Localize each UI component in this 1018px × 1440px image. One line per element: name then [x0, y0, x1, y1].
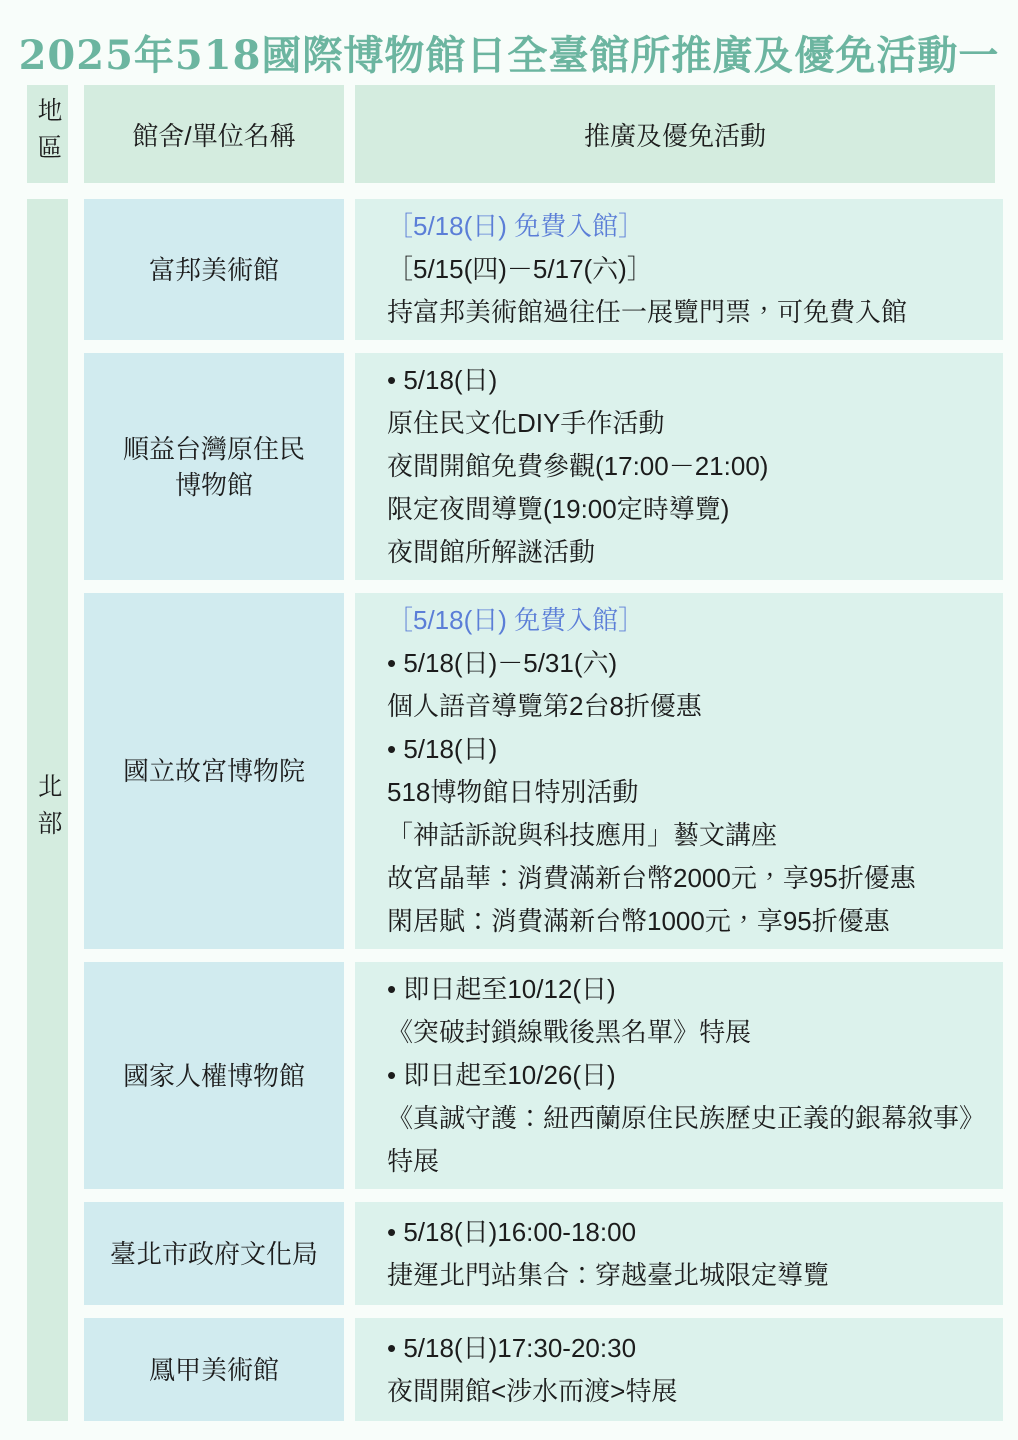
events-table: 地區 館舍/單位名稱 推廣及優免活動 北部 富邦美術館 ［5/18(日) 免費入…: [27, 85, 995, 1421]
header-activities: 推廣及優免活動: [355, 85, 995, 183]
table-row: 順益台灣原住民博物館 • 5/18(日)原住民文化DIY手作活動夜間開館免費參觀…: [84, 353, 1003, 580]
table-body: 北部 富邦美術館 ［5/18(日) 免費入館］［5/15(四)－5/17(六)］…: [27, 199, 995, 1421]
table-row: 國家人權博物館 • 即日起至10/12(日)《突破封鎖線戰後黑名單》特展• 即日…: [84, 962, 1003, 1189]
free-admission-highlight: ［5/18(日) 免費入館］: [387, 599, 644, 642]
activity-cell: • 5/18(日)17:30-20:30夜間開館<涉水而渡>特展: [355, 1318, 1003, 1421]
activity-line: • 5/18(日): [387, 728, 497, 771]
table-header-row: 地區 館舍/單位名稱 推廣及優免活動: [27, 85, 995, 183]
activity-cell: ［5/18(日) 免費入館］• 5/18(日)－5/31(六)個人語音導覽第2台…: [355, 593, 1003, 949]
activity-line: • 即日起至10/26(日): [387, 1054, 616, 1097]
activity-cell: ［5/18(日) 免費入館］［5/15(四)－5/17(六)］持富邦美術館過往任…: [355, 199, 1003, 340]
free-admission-highlight: ［5/18(日) 免費入館］: [387, 205, 644, 248]
venue-name-line: 國家人權博物館: [123, 1058, 305, 1094]
activity-line: 《突破封鎖線戰後黑名單》特展: [387, 1011, 751, 1054]
venue-name-line: 國立故宮博物院: [123, 753, 305, 789]
table-row: 富邦美術館 ［5/18(日) 免費入館］［5/15(四)－5/17(六)］持富邦…: [84, 199, 1003, 340]
venue-name-line: 鳳甲美術館: [149, 1352, 279, 1388]
activity-line: 捷運北門站集合：穿越臺北城限定導覽: [387, 1254, 829, 1297]
activity-line: 《真誠守護：紐西蘭原住民族歷史正義的銀幕敘事》: [387, 1097, 985, 1140]
activity-line: 原住民文化DIY手作活動: [387, 402, 664, 445]
venue-name-cell: 富邦美術館: [84, 199, 344, 340]
venue-name-cell: 國立故宮博物院: [84, 593, 344, 949]
activity-line: 特展: [387, 1140, 439, 1183]
activity-cell: • 5/18(日)原住民文化DIY手作活動夜間開館免費參觀(17:00－21:0…: [355, 353, 1003, 580]
activity-line: • 5/18(日)16:00-18:00: [387, 1211, 636, 1254]
table-row: 臺北市政府文化局 • 5/18(日)16:00-18:00捷運北門站集合：穿越臺…: [84, 1202, 1003, 1305]
venue-name-line: 順益台灣原住民: [123, 431, 305, 467]
activity-cell: • 5/18(日)16:00-18:00捷運北門站集合：穿越臺北城限定導覽: [355, 1202, 1003, 1305]
header-venue: 館舍/單位名稱: [84, 85, 344, 183]
activity-line: 「神話訴說與科技應用」藝文講座: [387, 814, 777, 857]
activity-line: • 5/18(日)－5/31(六): [387, 642, 617, 685]
activity-line: 個人語音導覽第2台8折優惠: [387, 685, 702, 728]
activity-line: • 即日起至10/12(日): [387, 968, 616, 1011]
table-row: 國立故宮博物院 ［5/18(日) 免費入館］• 5/18(日)－5/31(六)個…: [84, 593, 1003, 949]
venue-name-cell: 順益台灣原住民博物館: [84, 353, 344, 580]
venue-name-line: 臺北市政府文化局: [110, 1236, 318, 1272]
region-cell-north: 北部: [27, 199, 68, 1421]
activity-line: ［5/15(四)－5/17(六)］: [387, 248, 653, 291]
activity-line: 閑居賦：消費滿新台幣1000元，享95折優惠: [387, 900, 890, 943]
table-row: 鳳甲美術館 • 5/18(日)17:30-20:30夜間開館<涉水而渡>特展: [84, 1318, 1003, 1421]
activity-line: 限定夜間導覽(19:00定時導覽): [387, 488, 729, 531]
venue-name-line: 博物館: [175, 467, 253, 503]
activity-line: 持富邦美術館過往任一展覽門票，可免費入館: [387, 291, 907, 334]
activity-line: • 5/18(日): [387, 359, 497, 402]
poster-page: 2025年518國際博物館日全臺館所推廣及優免活動一覽 地區 館舍/單位名稱 推…: [0, 0, 1018, 1440]
venue-name-cell: 臺北市政府文化局: [84, 1202, 344, 1305]
activity-line: 518博物館日特別活動: [387, 771, 638, 814]
activity-line: • 5/18(日)17:30-20:30: [387, 1327, 636, 1370]
venue-name-cell: 國家人權博物館: [84, 962, 344, 1189]
rows-container: 富邦美術館 ［5/18(日) 免費入館］［5/15(四)－5/17(六)］持富邦…: [84, 199, 1003, 1421]
activity-line: 故宮晶華：消費滿新台幣2000元，享95折優惠: [387, 857, 916, 900]
header-region: 地區: [27, 85, 68, 183]
activity-cell: • 即日起至10/12(日)《突破封鎖線戰後黑名單》特展• 即日起至10/26(…: [355, 962, 1003, 1189]
activity-line: 夜間館所解謎活動: [387, 531, 595, 574]
venue-name-line: 富邦美術館: [149, 252, 279, 288]
activity-line: 夜間開館免費參觀(17:00－21:00): [387, 445, 768, 488]
venue-name-cell: 鳳甲美術館: [84, 1318, 344, 1421]
activity-line: 夜間開館<涉水而渡>特展: [387, 1370, 677, 1413]
